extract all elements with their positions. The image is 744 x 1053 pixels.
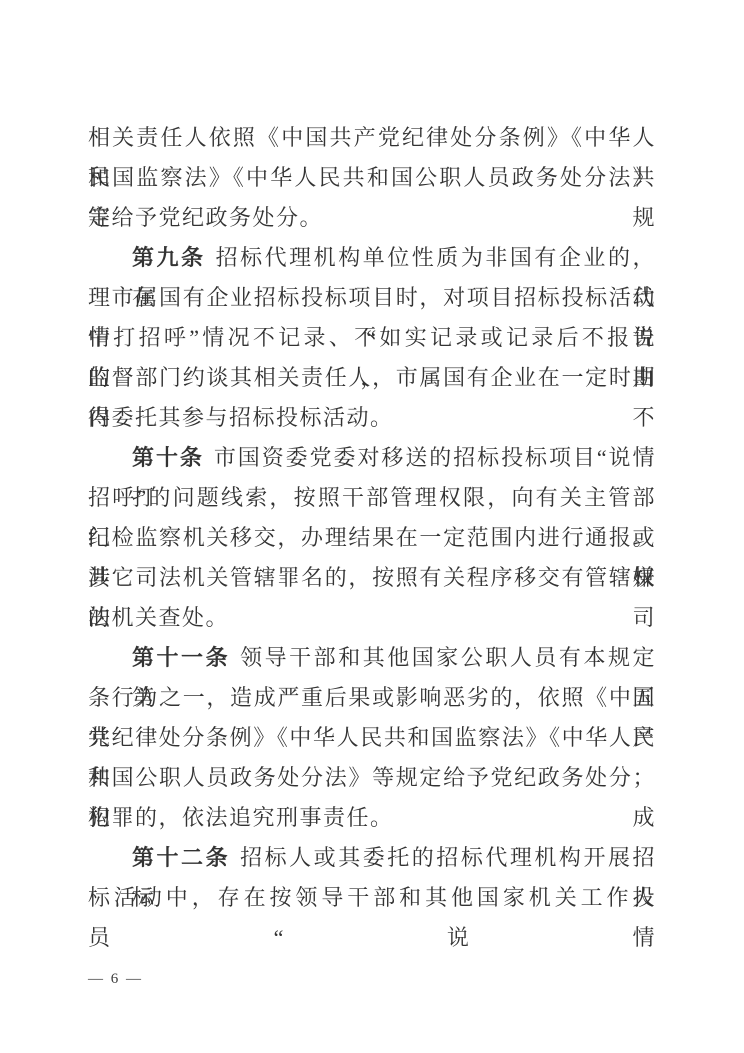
text-line: 标活动中，存在按领导干部和其他国家机关工作人员“说情 bbox=[88, 878, 656, 918]
text-line: 相关责任人依照《中国共产党纪律处分条例》《中华人民共 bbox=[88, 118, 656, 158]
article-number: 第十一条 bbox=[132, 645, 230, 670]
document-page: 相关责任人依照《中国共产党纪律处分条例》《中华人民共 和国监察法》《中华人民共和… bbox=[0, 0, 744, 1053]
text-line: 和国公职人员政务处分法》等规定给予党纪政务处分；构成 bbox=[88, 758, 656, 798]
text-line: 党纪律处分条例》《中华人民共和国监察法》《中华人民共 bbox=[88, 718, 656, 758]
article-number: 第十条 bbox=[132, 445, 204, 470]
text-line: 理市属国有企业招标投标项目时，对项目招标投标活动中“说 bbox=[88, 278, 656, 318]
line-text: 法机关查处。 bbox=[88, 605, 229, 630]
text-line: 招呼”的问题线索，按照干部管理权限，向有关主管部门或 bbox=[88, 478, 656, 518]
text-line: 第九条招标代理机构单位性质为非国有企业的，在代 bbox=[88, 238, 656, 278]
article-number: 第九条 bbox=[132, 245, 206, 270]
page-footer: — 6 — bbox=[88, 966, 143, 992]
page-number: — 6 — bbox=[88, 971, 143, 987]
text-line: 条行为之一，造成严重后果或影响恶劣的，依照《中国共产 bbox=[88, 678, 656, 718]
text-line: 纪检监察机关移交，办理结果在一定范围内进行通报。涉嫌 bbox=[88, 518, 656, 558]
document-body: 相关责任人依照《中国共产党纪律处分条例》《中华人民共 和国监察法》《中华人民共和… bbox=[88, 118, 656, 918]
text-line: 监督部门约谈其相关责任人，市属国有企业在一定时期内不 bbox=[88, 358, 656, 398]
line-text: 定给予党纪政务处分。 bbox=[88, 205, 323, 230]
text-line: 第十条市国资委党委对移送的招标投标项目“说情打 bbox=[88, 438, 656, 478]
line-text: 得委托其参与招标投标活动。 bbox=[88, 405, 394, 430]
text-line: 第十一条领导干部和其他国家公职人员有本规定第五 bbox=[88, 638, 656, 678]
article-number: 第十二条 bbox=[132, 845, 230, 870]
line-text: 标活动中，存在按领导干部和其他国家机关工作人员“说情 bbox=[88, 885, 656, 950]
text-line: 和国监察法》《中华人民共和国公职人员政务处分法》等规 bbox=[88, 158, 656, 198]
line-text: 犯罪的，依法追究刑事责任。 bbox=[88, 805, 394, 830]
text-line: 其它司法机关管辖罪名的，按照有关程序移交有管辖权的司 bbox=[88, 558, 656, 598]
text-line: 第十二条招标人或其委托的招标代理机构开展招标投 bbox=[88, 838, 656, 878]
text-line: 情打招呼”情况不记录、不如实记录或记录后不报告的，由 bbox=[88, 318, 656, 358]
